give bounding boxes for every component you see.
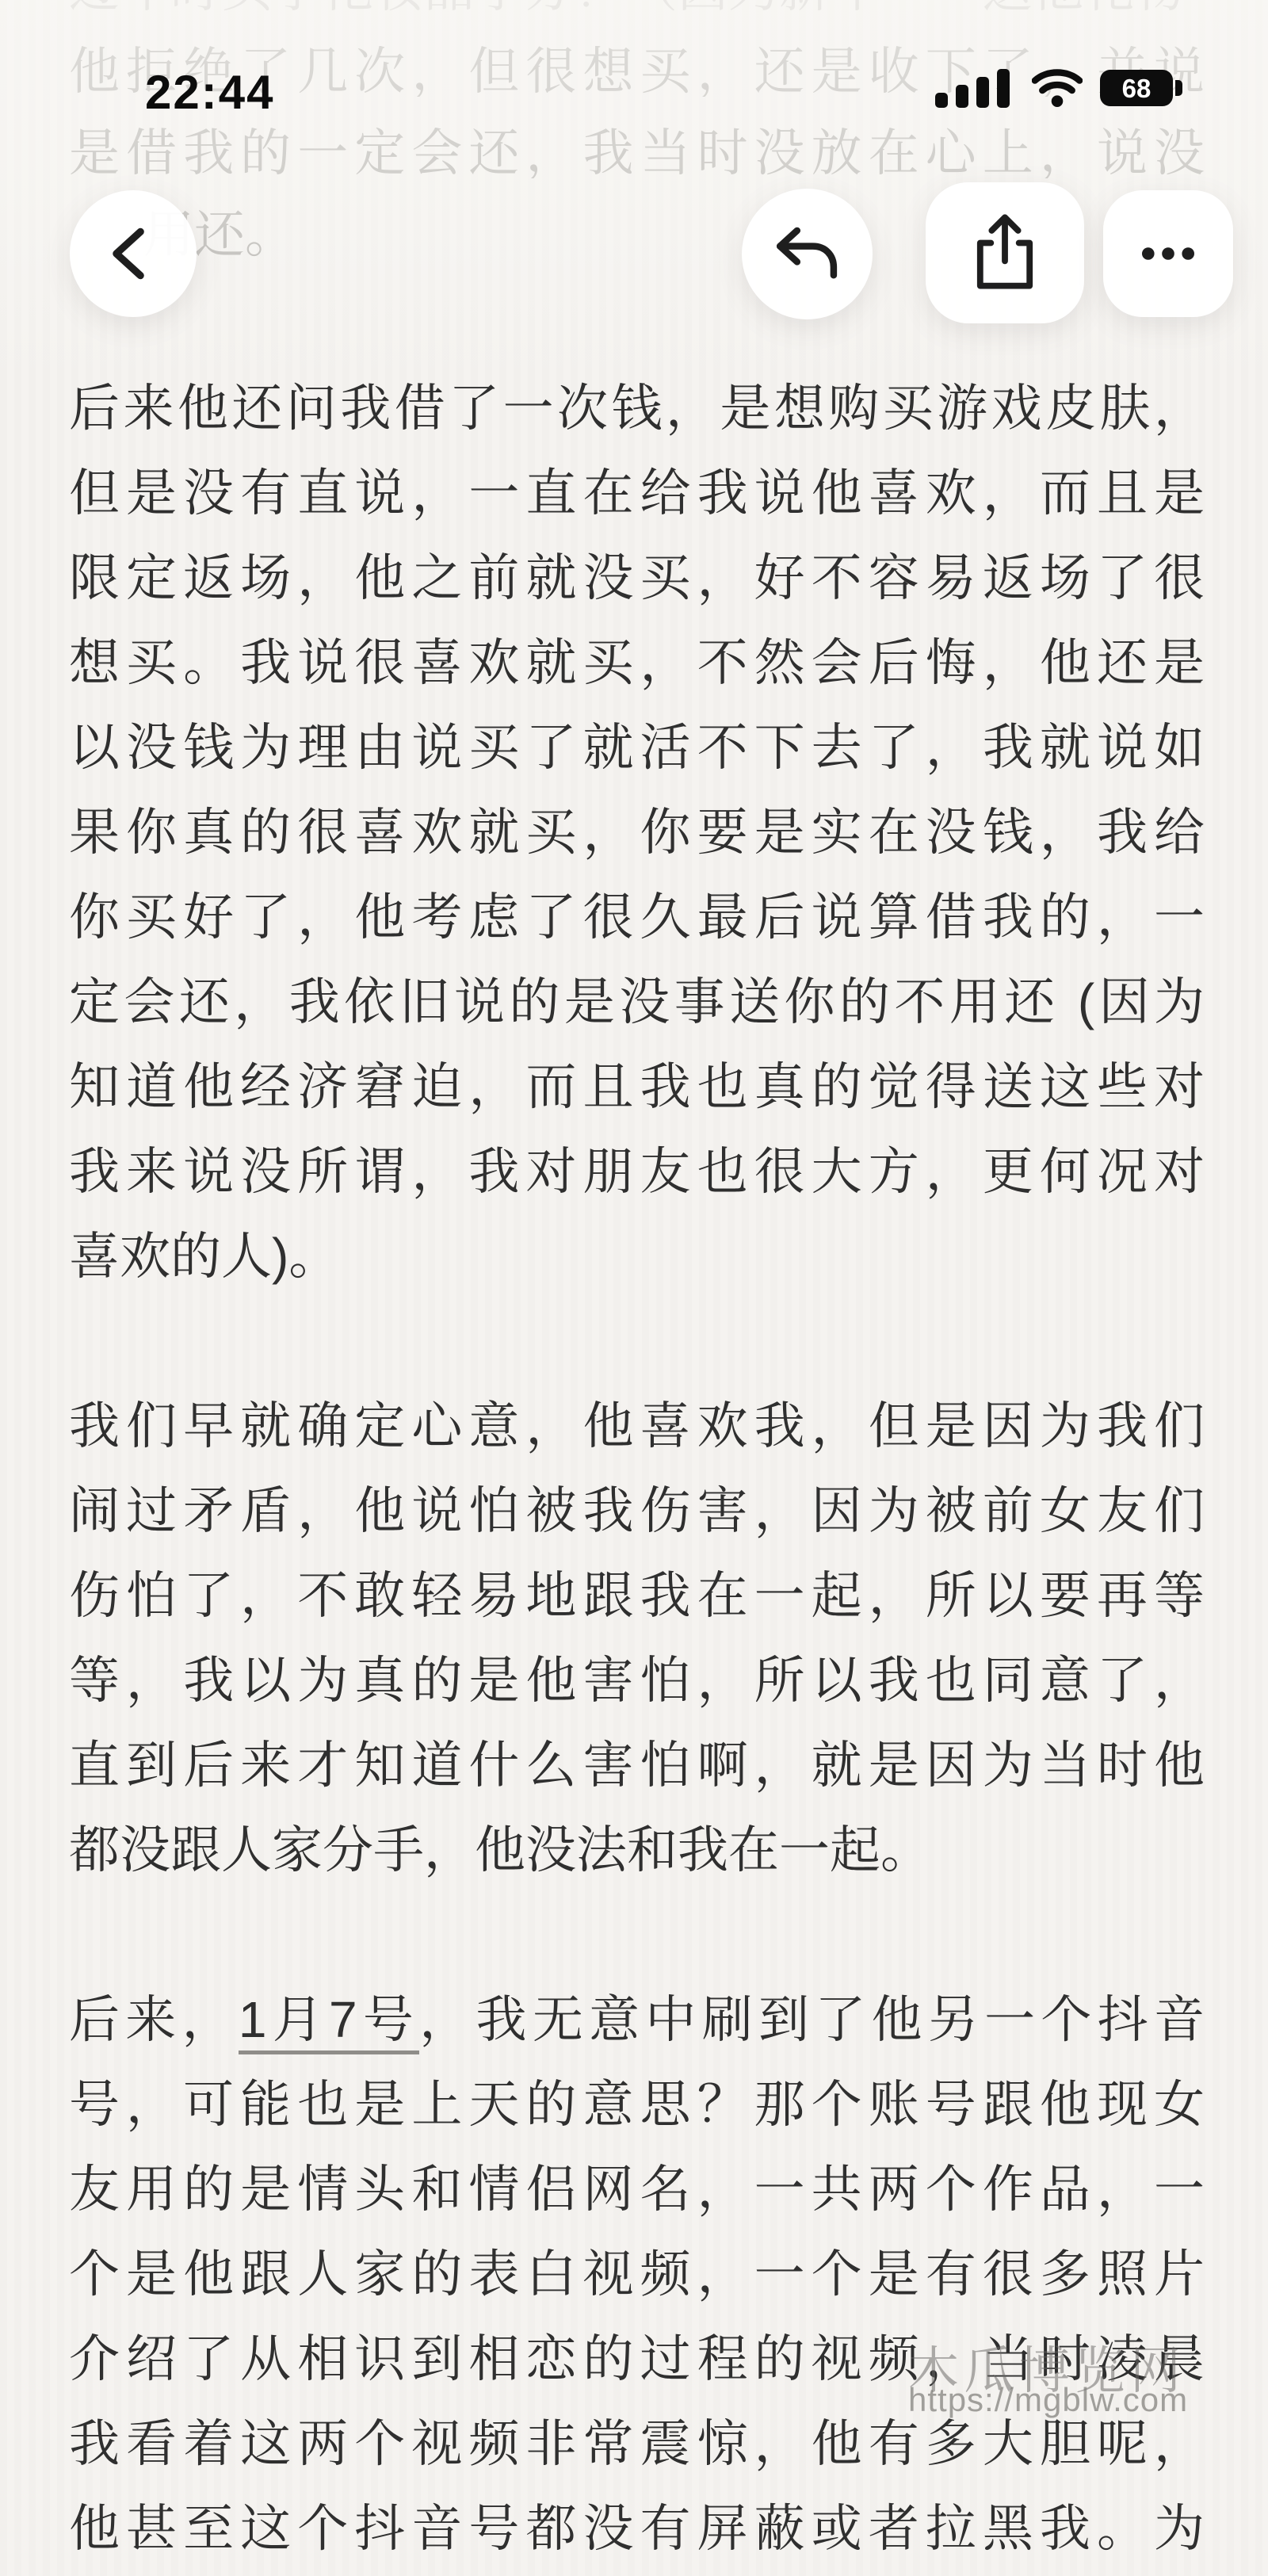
text-line: 限定返场，他之前就没买，好不容易返场了很 xyxy=(69,536,1205,621)
share-icon xyxy=(964,212,1046,294)
share-button[interactable] xyxy=(926,182,1084,323)
text-line: 友用的是情头和情侣网名，一共两个作品，一 xyxy=(69,2147,1205,2232)
text-line: 我看着这两个视频非常震惊，他有多大胆呢， xyxy=(69,2402,1205,2486)
text-line: 果你真的很喜欢就买，你要是实在没钱，我给 xyxy=(69,790,1205,875)
text-line: 他甚至这个抖音号都没有屏蔽或者拉黑我。为 xyxy=(69,2486,1205,2571)
text-line: 等，我以为真的是他害怕，所以我也同意了， xyxy=(69,1638,1205,1723)
more-button[interactable] xyxy=(1103,190,1233,317)
text-line: 后来他还问我借了一次钱，是想购买游戏皮肤， xyxy=(69,366,1205,451)
text-line: 直到后来才知道什么害怕啊，就是因为当时他 xyxy=(69,1723,1205,1808)
text-line: 我来说没所谓，我对朋友也很大方，更何况对 xyxy=(69,1129,1205,1214)
text-line: 想买。我说很喜欢就买，不然会后悔，他还是 xyxy=(69,621,1205,705)
text-line: 伤怕了，不敢轻易地跟我在一起，所以要再等 xyxy=(69,1554,1205,1638)
paragraph: 我们早就确定心意，他喜欢我，但是因为我们闹过矛盾，他说怕被我伤害，因为被前女友们… xyxy=(69,1384,1205,1893)
wifi-icon xyxy=(1032,68,1083,108)
phone-screenshot: 过年时买了化妆品手办？（因为新年——送他礼物他拒绝了几次，但很想买，还是收下了，… xyxy=(0,0,1268,2576)
text-line: 介绍了从相识到相恋的过程的视频，当时凌晨 xyxy=(69,2317,1205,2402)
text-line: 闹过矛盾，他说怕被我伤害，因为被前女友们 xyxy=(69,1469,1205,1554)
status-bar: 22:44 68 xyxy=(0,0,1268,135)
paragraph: 后来，1月7号，我无意中刷到了他另一个抖音号，可能也是上天的意思？那个账号跟他现… xyxy=(69,1978,1205,2571)
article-body: 后来他还问我借了一次钱，是想购买游戏皮肤，但是没有直说，一直在给我说他喜欢，而且… xyxy=(69,366,1205,2571)
text-line: 定会还，我依旧说的是没事送你的不用还 (因为 xyxy=(69,960,1205,1045)
battery-percent: 68 xyxy=(1122,74,1152,103)
underlined-date: 1月7号 xyxy=(239,1991,419,2054)
text-line: 你买好了，他考虑了很久最后说算借我的，一 xyxy=(69,875,1205,960)
cellular-signal-icon xyxy=(935,68,1014,108)
ellipsis-icon xyxy=(1121,206,1216,301)
faded-text-line: 是借我的一定会还，我当时没放在心上，说没 xyxy=(69,128,1205,178)
text-line: 但是没有直说，一直在给我说他喜欢，而且是 xyxy=(69,451,1205,536)
text-line: 都没跟人家分手，他没法和我在一起。 xyxy=(69,1808,1205,1893)
undo-button[interactable] xyxy=(742,189,873,319)
text-line: 以没钱为理由说买了就活不下去了，我就说如 xyxy=(69,705,1205,790)
back-button[interactable] xyxy=(70,190,197,317)
text-line: 我们早就确定心意，他喜欢我，但是因为我们 xyxy=(69,1384,1205,1469)
status-icons: 68 xyxy=(935,68,1173,108)
text-line: 喜欢的人)。 xyxy=(69,1214,1205,1299)
status-time: 22:44 xyxy=(145,65,274,120)
text-line: 号，可能也是上天的意思？那个账号跟他现女 xyxy=(69,2062,1205,2147)
battery-icon: 68 xyxy=(1100,70,1173,106)
text-line: 后来，1月7号，我无意中刷到了他另一个抖音 xyxy=(69,1978,1205,2062)
paragraph: 后来他还问我借了一次钱，是想购买游戏皮肤，但是没有直说，一直在给我说他喜欢，而且… xyxy=(69,366,1205,1299)
text-line: 知道他经济窘迫，而且我也真的觉得送这些对 xyxy=(69,1045,1205,1129)
undo-arrow-icon xyxy=(770,217,845,292)
chevron-left-icon xyxy=(97,217,170,290)
faded-text-line: 用还。 xyxy=(143,209,540,260)
text-line: 个是他跟人家的表白视频，一个是有很多照片 xyxy=(69,2232,1205,2317)
